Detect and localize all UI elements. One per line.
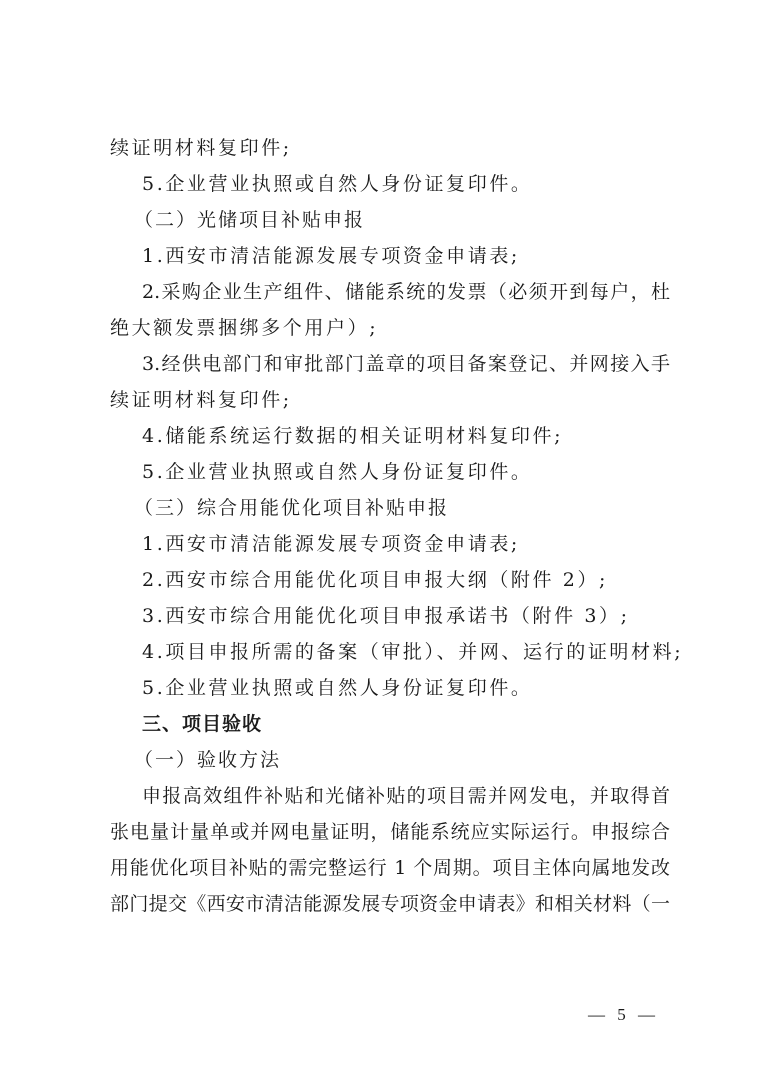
paragraph-line-3: 用能优化项目补贴的需完整运行 1 个周期。项目主体向属地发改 (110, 856, 670, 880)
page-number: — 5 — (588, 1004, 659, 1026)
subsection-heading-acceptance-method: （一）验收方法 (134, 748, 694, 772)
list-item-business-license: 5.企业营业执照或自然人身份证复印件。 (142, 172, 670, 196)
list-item-business-license-2: 5.企业营业执照或自然人身份证复印件。 (142, 460, 670, 484)
list-item-filing-registration: 3.经供电部门和审批部门盖章的项目备案登记、并网接入手 (142, 352, 670, 376)
paragraph-line-1: 申报高效组件补贴和光储补贴的项目需并网发电，并取得首 (142, 784, 670, 808)
list-item-invoices: 2.采购企业生产组件、储能系统的发票（必须开到每户，杜 (142, 280, 670, 304)
list-item-proof-materials: 4.项目申报所需的备案（审批）、并网、运行的证明材料; (142, 640, 670, 664)
list-item-storage-data: 4.储能系统运行数据的相关证明材料复印件; (142, 424, 670, 448)
list-item-filing-registration-cont: 续证明材料复印件; (110, 388, 670, 412)
list-item-application-form: 1.西安市清洁能源发展专项资金申请表; (142, 244, 670, 268)
list-item-outline: 2.西安市综合用能优化项目申报大纲（附件 2）; (142, 568, 670, 592)
list-item-commitment: 3.西安市综合用能优化项目申报承诺书（附件 3）; (142, 604, 670, 628)
subsection-heading-energy-optimization: （三）综合用能优化项目补贴申报 (134, 496, 694, 520)
list-item-invoices-cont: 绝大额发票捆绑多个用户）; (110, 316, 670, 340)
paragraph-line-4: 部门提交《西安市清洁能源发展专项资金申请表》和相关材料（一 (110, 892, 670, 916)
paragraph-line-2: 张电量计量单或并网电量证明，储能系统应实际运行。申报综合 (110, 820, 670, 844)
subsection-heading-solar-storage: （二）光储项目补贴申报 (134, 208, 694, 232)
document-page: 续证明材料复印件; 5.企业营业执照或自然人身份证复印件。 （二）光储项目补贴申… (0, 0, 760, 1074)
section-heading-acceptance: 三、项目验收 (142, 712, 702, 736)
continuation-line: 续证明材料复印件; (110, 136, 670, 160)
list-item-business-license-3: 5.企业营业执照或自然人身份证复印件。 (142, 676, 670, 700)
list-item-application-form-2: 1.西安市清洁能源发展专项资金申请表; (142, 532, 670, 556)
